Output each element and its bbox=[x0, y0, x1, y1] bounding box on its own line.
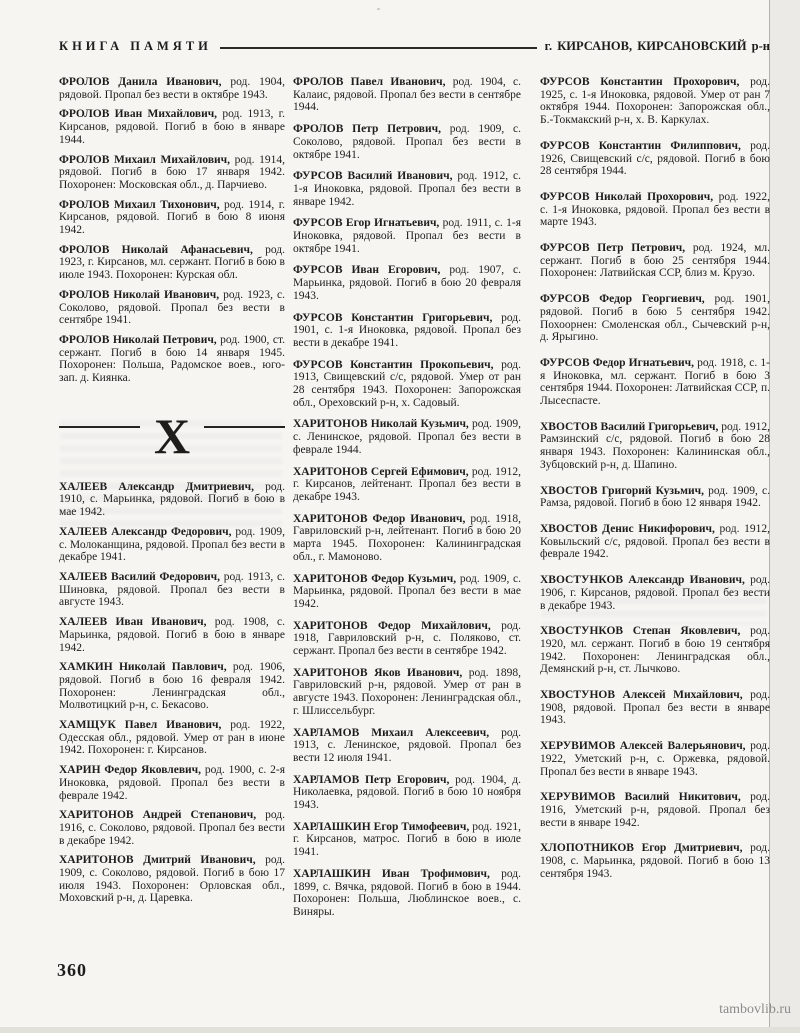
entry-name: ХАРИТОНОВ Андрей Степанович, bbox=[59, 809, 256, 821]
memorial-entry: ХАРИТОНОВ Федор Михайлович, род. 1918, Г… bbox=[293, 620, 521, 658]
scanned-book-page: КНИГА ПАМЯТИ г. КИРСАНОВ, КИРСАНОВСКИЙ р… bbox=[0, 0, 800, 1033]
book-title: КНИГА ПАМЯТИ bbox=[59, 39, 212, 54]
memorial-entry: ФУРСОВ Константин Филиппович, род. 1926,… bbox=[540, 140, 770, 178]
memorial-entry: ХАМКИН Николай Павлович, род. 1906, рядо… bbox=[59, 661, 285, 712]
memorial-entry: ФУРСОВ Константин Прокопьевич, род. 1913… bbox=[293, 359, 521, 410]
memorial-entry: ХАРИТОНОВ Яков Иванович, род. 1898, Гавр… bbox=[293, 667, 521, 718]
memorial-entry: ФРОЛОВ Николай Иванович, род. 1923, с. С… bbox=[59, 289, 285, 327]
memorial-entry: ХАРИТОНОВ Федор Кузьмич, род. 1909, с. М… bbox=[293, 573, 521, 611]
memorial-entry: ХВОСТУНОВ Алексей Михайлович, род. 1908,… bbox=[540, 689, 770, 727]
memorial-entry: ХВОСТОВ Денис Никифорович, род. 1912, Ко… bbox=[540, 523, 770, 561]
memorial-entry: ФУРСОВ Федор Игнатьевич, род. 1918, с. 1… bbox=[540, 357, 770, 408]
entry-name: ФРОЛОВ Данила Иванович, bbox=[59, 76, 221, 88]
memorial-entry: ХАРИТОНОВ Федор Иванович, род. 1918, Гав… bbox=[293, 513, 521, 564]
entry-name: ФУРСОВ Егор Игнатьевич, bbox=[293, 217, 439, 229]
memorial-entry: ФУРСОВ Егор Игнатьевич, род. 1911, с. 1-… bbox=[293, 217, 521, 255]
entry-name: ХЛОПОТНИКОВ Егор Дмитриевич, bbox=[540, 842, 742, 854]
entry-name: ХАЛЕЕВ Александр Федорович, bbox=[59, 526, 231, 538]
entry-name: ФУРСОВ Иван Егорович, bbox=[293, 264, 440, 276]
entry-name: ХАМЩУК Павел Иванович, bbox=[59, 719, 221, 731]
entry-name: ХАРИН Федор Яковлевич, bbox=[59, 764, 201, 776]
memorial-entry: ХАРЛАШКИН Егор Тимофеевич, род. 1921, г.… bbox=[293, 821, 521, 859]
memorial-entry: ХЛОПОТНИКОВ Егор Дмитриевич, род. 1908, … bbox=[540, 842, 770, 880]
memorial-entry: ФРОЛОВ Павел Иванович, род. 1904, с. Кал… bbox=[293, 76, 521, 114]
memorial-entry: ХАРИН Федор Яковлевич, род. 1900, с. 2-я… bbox=[59, 764, 285, 802]
scan-speck bbox=[377, 8, 380, 10]
entry-name: ХВОСТОВ Григорий Кузьмич, bbox=[540, 485, 704, 497]
entry-name: ФУРСОВ Константин Прохорович, bbox=[540, 76, 739, 88]
memorial-entry: ФРОЛОВ Петр Петрович, род. 1909, с. Соко… bbox=[293, 123, 521, 161]
memorial-entry: ХВОСТОВ Василий Григорьевич, род. 1912, … bbox=[540, 421, 770, 472]
entry-name: ФРОЛОВ Иван Михайлович, bbox=[59, 108, 217, 120]
text-column-2: ФРОЛОВ Павел Иванович, род. 1904, с. Кал… bbox=[293, 76, 521, 928]
memorial-entry: ХЕРУВИМОВ Алексей Валерьянович, род. 192… bbox=[540, 740, 770, 778]
entry-name: ХАРИТОНОВ Николай Кузьмич, bbox=[293, 418, 469, 430]
entry-name: ХАРЛАМОВ Петр Егорович, bbox=[293, 774, 449, 786]
entry-name: ХАРИТОНОВ Федор Иванович, bbox=[293, 513, 465, 525]
memorial-entry: ХАЛЕЕВ Александр Дмитриевич, род. 1910, … bbox=[59, 481, 285, 519]
entry-name: ХАЛЕЕВ Василий Федорович, bbox=[59, 571, 220, 583]
memorial-entry: ХАЛЕЕВ Александр Федорович, род. 1909, с… bbox=[59, 526, 285, 564]
header-rule bbox=[220, 47, 537, 49]
entry-name: ХАЛЕЕВ Александр Дмитриевич, bbox=[59, 481, 254, 493]
memorial-entry: ХВОСТУНКОВ Александр Иванович, род. 1906… bbox=[540, 574, 770, 612]
memorial-entry: ХЕРУВИМОВ Василий Никитович, род. 1916, … bbox=[540, 791, 770, 829]
entry-name: ФРОЛОВ Николай Петрович, bbox=[59, 334, 217, 346]
entry-name: ФРОЛОВ Павел Иванович, bbox=[293, 76, 446, 88]
text-column-1: ФРОЛОВ Данила Иванович, род. 1904, рядов… bbox=[59, 76, 285, 912]
memorial-entry: ХАРЛАМОВ Петр Егорович, род. 1904, д. Ни… bbox=[293, 774, 521, 812]
entry-name: ФУРСОВ Константин Григорьевич, bbox=[293, 312, 492, 324]
entry-name: ФУРСОВ Петр Петрович, bbox=[540, 242, 685, 254]
scan-bottom-edge bbox=[0, 1027, 800, 1033]
memorial-entry: ХАМЩУК Павел Иванович, род. 1922, Одесск… bbox=[59, 719, 285, 757]
memorial-entry: ФУРСОВ Петр Петрович, род. 1924, мл. сер… bbox=[540, 242, 770, 280]
memorial-entry: ХВОСТОВ Григорий Кузьмич, род. 1909, с. … bbox=[540, 485, 770, 510]
entry-name: ФРОЛОВ Михаил Михайлович, bbox=[59, 154, 230, 166]
entry-name: ХАРЛАШКИН Иван Трофимович, bbox=[293, 868, 490, 880]
entry-name: ХАРИТОНОВ Федор Михайлович, bbox=[293, 620, 491, 632]
section-letter: Х bbox=[140, 416, 204, 456]
page-number: 360 bbox=[57, 960, 87, 981]
memorial-entry: ХАРИТОНОВ Николай Кузьмич, род. 1909, с.… bbox=[293, 418, 521, 456]
entry-name: ХАРИТОНОВ Яков Иванович, bbox=[293, 667, 462, 679]
memorial-entry: ФРОЛОВ Данила Иванович, род. 1904, рядов… bbox=[59, 76, 285, 101]
memorial-entry: ФРОЛОВ Николай Петрович, род. 1900, ст. … bbox=[59, 334, 285, 385]
memorial-entry: ХАРИТОНОВ Андрей Степанович, род. 1916, … bbox=[59, 809, 285, 847]
memorial-entry: ФУРСОВ Иван Егорович, род. 1907, с. Марь… bbox=[293, 264, 521, 302]
memorial-entry: ФУРСОВ Николай Прохорович, род. 1922, с.… bbox=[540, 191, 770, 229]
memorial-entry: ХАРИТОНОВ Дмитрий Иванович, род. 1909, с… bbox=[59, 854, 285, 905]
entry-name: ФУРСОВ Федор Георгиевич, bbox=[540, 293, 705, 305]
entry-name: ХАРЛАМОВ Михаил Алексеевич, bbox=[293, 727, 489, 739]
entry-name: ХВОСТОВ Денис Никифорович, bbox=[540, 523, 715, 535]
entry-name: ХАРЛАШКИН Егор Тимофеевич, bbox=[293, 821, 469, 833]
entry-name: ХВОСТУНКОВ Александр Иванович, bbox=[540, 574, 745, 586]
entry-name: ХВОСТУНОВ Алексей Михайлович, bbox=[540, 689, 743, 701]
memorial-entry: ХАРЛАМОВ Михаил Алексеевич, род. 1913, с… bbox=[293, 727, 521, 765]
entry-name: ХВОСТУНКОВ Степан Яковлевич, bbox=[540, 625, 740, 637]
entry-name: ХАРИТОНОВ Сергей Ефимович, bbox=[293, 466, 469, 478]
entry-name: ХАРИТОНОВ Дмитрий Иванович, bbox=[59, 854, 256, 866]
divider-rule-right bbox=[204, 426, 285, 428]
memorial-entry: ФУРСОВ Константин Григорьевич, род. 1901… bbox=[293, 312, 521, 350]
library-watermark: tambovlib.ru bbox=[719, 1002, 791, 1018]
district-title: г. КИРСАНОВ, КИРСАНОВСКИЙ р-н bbox=[545, 39, 770, 54]
scan-edge-strip bbox=[770, 0, 800, 1033]
entry-name: ХЕРУВИМОВ Алексей Валерьянович, bbox=[540, 740, 746, 752]
memorial-entry: ФУРСОВ Василий Иванович, род. 1912, с. 1… bbox=[293, 170, 521, 208]
memorial-entry: ХАРИТОНОВ Сергей Ефимович, род. 1912, г.… bbox=[293, 466, 521, 504]
memorial-entry: ХАЛЕЕВ Иван Иванович, род. 1908, с. Марь… bbox=[59, 616, 285, 654]
entry-name: ФУРСОВ Федор Игнатьевич, bbox=[540, 357, 694, 369]
memorial-entry: ХВОСТУНКОВ Степан Яковлевич, род. 1920, … bbox=[540, 625, 770, 676]
entry-name: ФУРСОВ Константин Прокопьевич, bbox=[293, 359, 493, 371]
memorial-entry: ФУРСОВ Федор Георгиевич, род. 1901, рядо… bbox=[540, 293, 770, 344]
entry-name: ХАМКИН Николай Павлович, bbox=[59, 661, 227, 673]
entry-name: ХЕРУВИМОВ Василий Никитович, bbox=[540, 791, 741, 803]
memorial-entry: ХАРЛАШКИН Иван Трофимович, род. 1899, с.… bbox=[293, 868, 521, 919]
memorial-entry: ФУРСОВ Константин Прохорович, род. 1925,… bbox=[540, 76, 770, 127]
memorial-entry: ФРОЛОВ Николай Афанасьевич, род. 1923, г… bbox=[59, 244, 285, 282]
entry-name: ФРОЛОВ Михаил Тихонович, bbox=[59, 199, 220, 211]
text-column-3: ФУРСОВ Константин Прохорович, род. 1925,… bbox=[540, 76, 770, 893]
memorial-entry: ХАЛЕЕВ Василий Федорович, род. 1913, с. … bbox=[59, 571, 285, 609]
memorial-entry: ФРОЛОВ Михаил Тихонович, род. 1914, г. К… bbox=[59, 199, 285, 237]
entry-name: ФУРСОВ Василий Иванович, bbox=[293, 170, 452, 182]
entry-name: ХАЛЕЕВ Иван Иванович, bbox=[59, 616, 206, 628]
section-letter-divider: Х bbox=[59, 407, 285, 447]
entry-name: ФРОЛОВ Петр Петрович, bbox=[293, 123, 441, 135]
entry-name: ФРОЛОВ Николай Иванович, bbox=[59, 289, 219, 301]
divider-rule-left bbox=[59, 426, 140, 428]
entry-name: ФРОЛОВ Николай Афанасьевич, bbox=[59, 244, 253, 256]
entry-name: ХВОСТОВ Василий Григорьевич, bbox=[540, 421, 718, 433]
memorial-entry: ФРОЛОВ Михаил Михайлович, род. 1914, ряд… bbox=[59, 154, 285, 192]
entry-name: ХАРИТОНОВ Федор Кузьмич, bbox=[293, 573, 456, 585]
entry-name: ФУРСОВ Николай Прохорович, bbox=[540, 191, 713, 203]
page-header: КНИГА ПАМЯТИ г. КИРСАНОВ, КИРСАНОВСКИЙ р… bbox=[59, 39, 770, 54]
memorial-entry: ФРОЛОВ Иван Михайлович, род. 1913, г. Ки… bbox=[59, 108, 285, 146]
entry-name: ФУРСОВ Константин Филиппович, bbox=[540, 140, 741, 152]
